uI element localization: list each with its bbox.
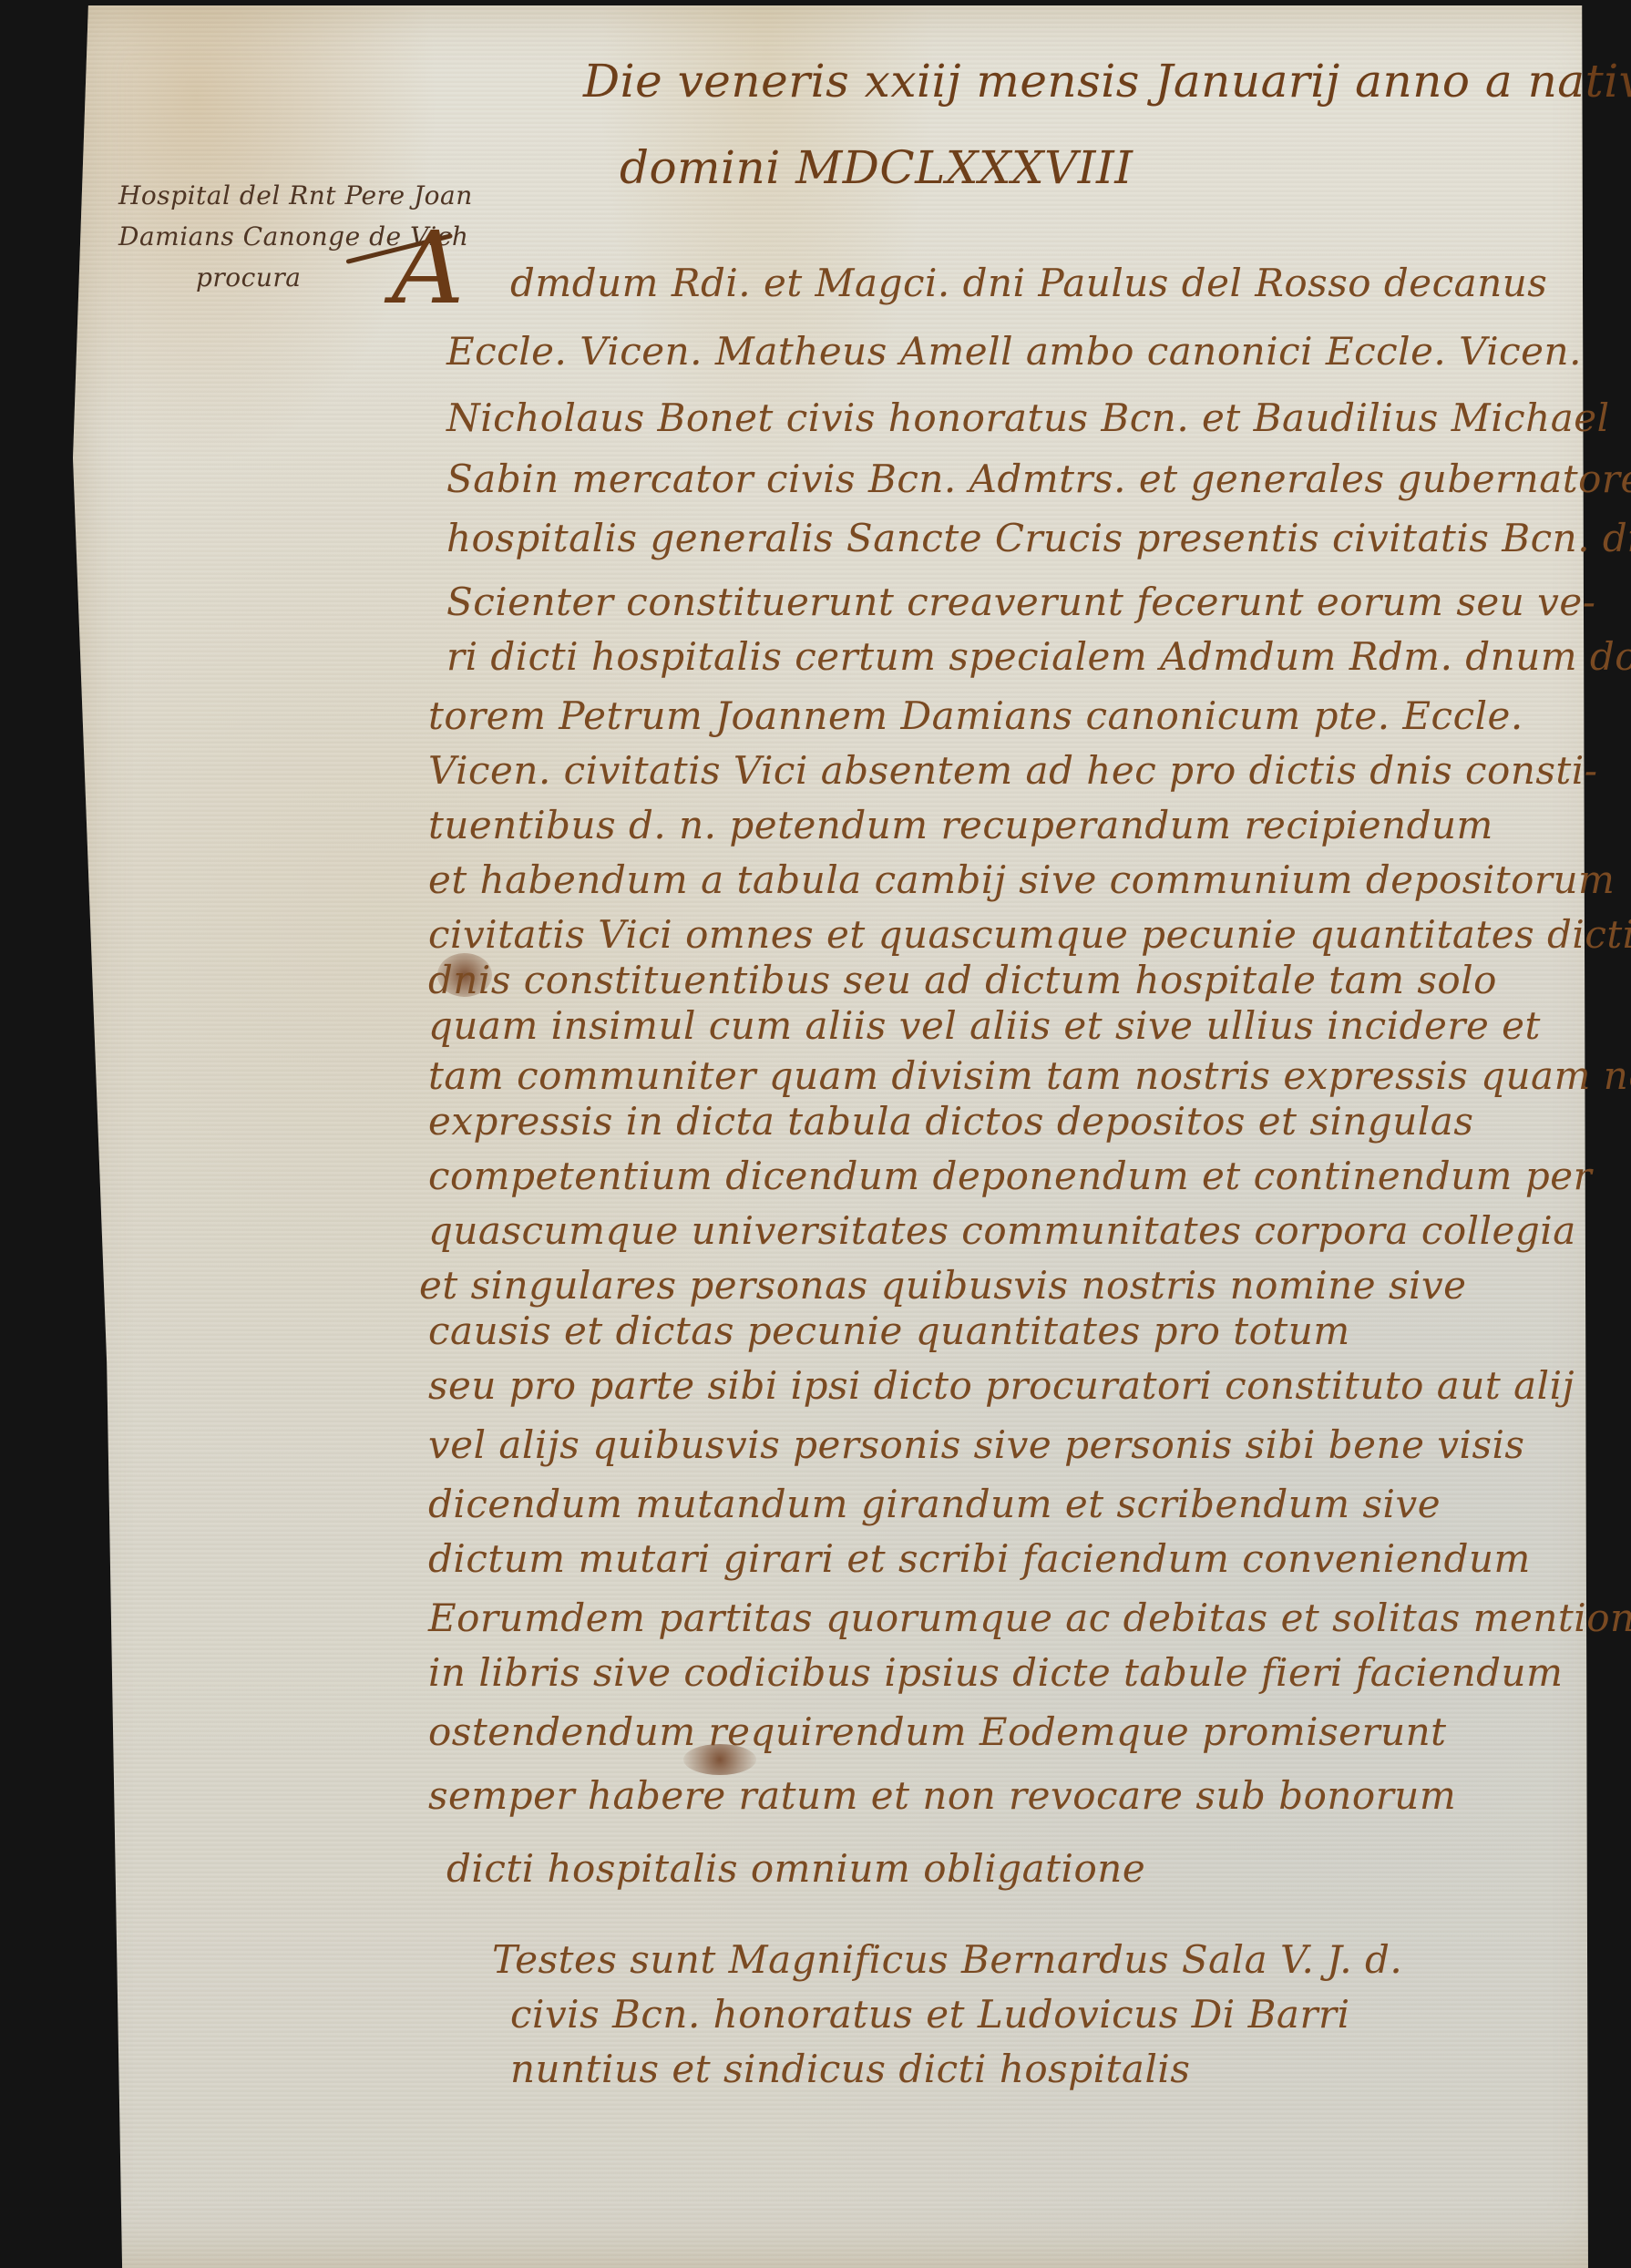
body-line: Eccle. Vicen. Matheus Amell ambo canonic… — [446, 333, 1582, 371]
body-line: quascumque universitates communitates co… — [428, 1212, 1576, 1250]
body-line: et singulares personas quibusvis nostris… — [419, 1267, 1467, 1305]
body-line: Vicen. civitatis Vici absentem ad hec pr… — [428, 752, 1597, 790]
margin-note-line-3: procura — [196, 260, 301, 296]
body-line: in libris sive codicibus ipsius dicte ta… — [428, 1654, 1563, 1692]
body-line: civitatis Vici omnes et quascumque pecun… — [428, 916, 1631, 954]
body-line: Sabin mercator civis Bcn. Admtrs. et gen… — [446, 460, 1631, 498]
heading-line-1: Die veneris xxiij mensis Januarij anno a… — [583, 55, 1631, 108]
heading-line-2: domini MDCLXXXVIII — [620, 141, 1133, 194]
body-line: causis et dictas pecunie quantitates pro… — [428, 1312, 1350, 1350]
body-line: seu pro parte sibi ipsi dicto procurator… — [428, 1367, 1575, 1405]
body-line: quam insimul cum aliis vel aliis et sive… — [428, 1007, 1541, 1045]
body-line: tuentibus d. n. petendum recuperandum re… — [428, 806, 1493, 845]
witness-line: nuntius et sindicus dicti hospitalis — [510, 2050, 1190, 2088]
manuscript-scan: Die veneris xxiij mensis Januarij anno a… — [0, 0, 1631, 2268]
body-line: dicendum mutandum girandum et scribendum… — [428, 1485, 1441, 1524]
body-line: dmdum Rdi. et Magci. dni Paulus del Ross… — [510, 264, 1547, 303]
margin-note-line-1: Hospital del Rnt Pere Joan — [118, 178, 473, 214]
witness-line: civis Bcn. honoratus et Ludovicus Di Bar… — [510, 1996, 1350, 2034]
body-line: hospitalis generalis Sancte Crucis prese… — [446, 519, 1631, 558]
body-line: ostendendum requirendum Eodemque promise… — [428, 1713, 1447, 1751]
body-line: et habendum a tabula cambij sive communi… — [428, 861, 1615, 899]
body-line: competentium dicendum deponendum et cont… — [428, 1157, 1592, 1196]
body-line: semper habere ratum et non revocare sub … — [428, 1777, 1456, 1815]
body-line: ri dicti hospitalis certum specialem Adm… — [446, 638, 1631, 676]
body-line: dicti hospitalis omnium obligatione — [446, 1850, 1145, 1888]
body-line: dnis constituentibus seu ad dictum hospi… — [428, 961, 1497, 1000]
binding-gutter — [1592, 5, 1613, 2268]
body-line: expressis in dicta tabula dictos deposit… — [428, 1103, 1473, 1141]
body-line: dictum mutari girari et scribi faciendum… — [428, 1540, 1531, 1578]
body-line: vel alijs quibusvis personis sive person… — [428, 1426, 1524, 1464]
body-line: Nicholaus Bonet civis honoratus Bcn. et … — [446, 399, 1610, 437]
body-initial: A — [392, 210, 465, 326]
body-line: tam communiter quam divisim tam nostris … — [428, 1057, 1631, 1095]
witness-line: Testes sunt Magnificus Bernardus Sala V.… — [492, 1941, 1402, 1979]
body-line: Eorumdem partitas quorumque ac debitas e… — [428, 1599, 1631, 1637]
body-line: Scienter constituerunt creaverunt feceru… — [446, 583, 1595, 621]
body-line: torem Petrum Joannem Damians canonicum p… — [428, 697, 1523, 735]
